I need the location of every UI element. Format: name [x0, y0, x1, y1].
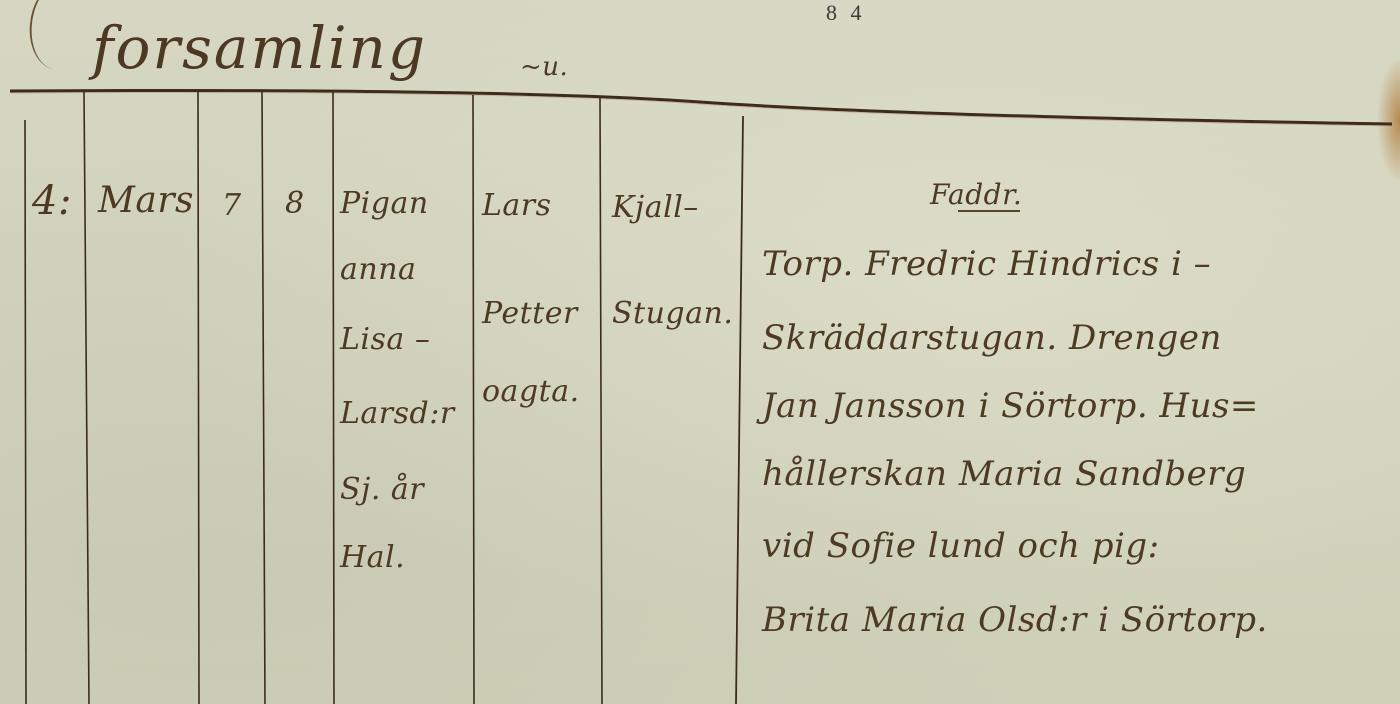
- remark-line: vid Sofie lund och pig:: [762, 526, 1160, 566]
- entry-day-baptized: 8: [285, 186, 305, 221]
- remark-line: Torp. Fredric Hindrics i –: [762, 244, 1211, 284]
- remarks-title: Faddr.: [930, 178, 1022, 211]
- father-line: Petter: [482, 296, 578, 331]
- child-line: Pigan: [340, 186, 429, 221]
- father-line: oagta.: [482, 374, 580, 409]
- child-line: Larsd:r: [340, 396, 455, 431]
- child-line: anna: [340, 252, 416, 287]
- remark-line: Skräddarstugan. Drengen: [762, 318, 1222, 358]
- place-line: Kjall–: [612, 190, 699, 225]
- place-line: Stugan.: [612, 296, 733, 331]
- remark-line: Jan Jansson i Sörtorp. Hus=: [762, 386, 1259, 426]
- child-line: Lisa –: [340, 322, 430, 357]
- entry-month: Mars: [98, 180, 194, 221]
- entry-day-born: 7: [222, 188, 242, 223]
- entry-number: 4:: [32, 178, 72, 224]
- remark-line: Brita Maria Olsd:r i Sörtorp.: [762, 600, 1268, 640]
- father-line: Lars: [482, 188, 552, 223]
- child-line: Hal.: [340, 540, 405, 575]
- register-page: 8 4 forsamling ~u. 4: Mars 7 8 Pigan ann…: [0, 0, 1400, 704]
- remark-line: hållerskan Maria Sandberg: [762, 454, 1246, 494]
- remarks-title-underline: [958, 210, 1020, 212]
- child-line: Sj. år: [340, 472, 424, 507]
